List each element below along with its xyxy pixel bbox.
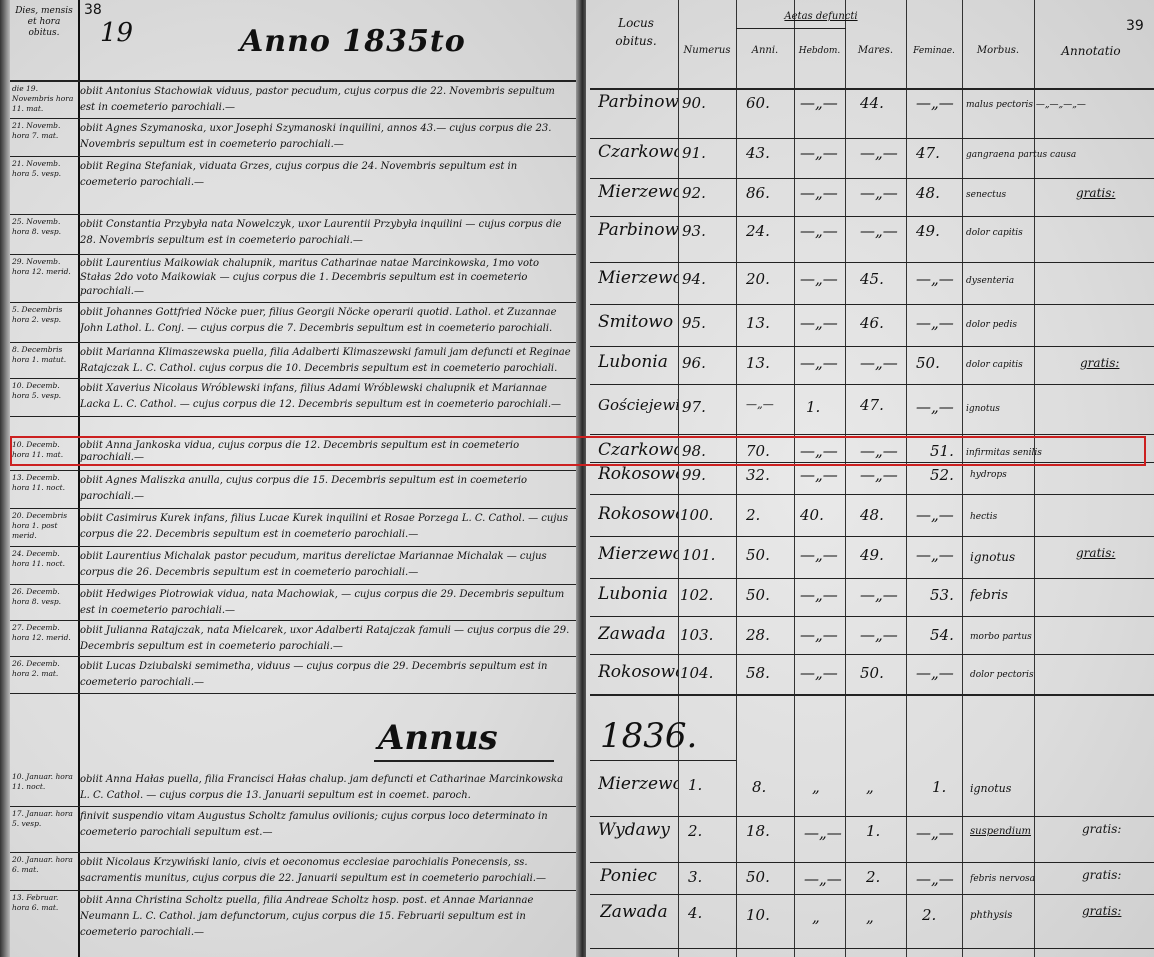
cell-anni: 10. <box>746 906 792 924</box>
cell-numerus: 93. <box>682 222 734 240</box>
header-anni: Anni. <box>736 44 794 58</box>
cell-locus: Zawada <box>600 902 678 922</box>
cell-morbus: dolor capitis <box>966 228 1152 238</box>
col-rule <box>794 0 795 957</box>
row-rule <box>10 118 582 119</box>
row-rule <box>10 508 582 509</box>
row-rule <box>10 656 582 657</box>
entry-text: obiit Julianna Ratajczak, nata Mielcarek… <box>80 623 572 655</box>
row-rule <box>590 138 1154 139</box>
cell-feminae: —„— <box>916 546 960 564</box>
row-rule <box>590 862 1154 863</box>
row-rule <box>10 584 582 585</box>
row-rule <box>590 578 1154 579</box>
row-rule <box>590 462 1154 463</box>
entry-date: 13. Februar. hora 6. mat. <box>12 893 76 913</box>
cell-feminae: —„— <box>916 398 960 416</box>
row-rule <box>590 694 1154 696</box>
cell-numerus: 103. <box>680 626 734 644</box>
cell-locus: Czarkowo <box>598 142 678 162</box>
cell-locus: Rokosowo <box>598 504 678 524</box>
entry-date: 29. Novemb. hora 12. merid. <box>12 257 76 277</box>
cell-hebdom: —„— <box>800 466 844 484</box>
cell-anni: 13. <box>746 354 792 372</box>
cell-anni: 28. <box>746 626 792 644</box>
cell-mares: —„— <box>860 586 904 604</box>
cell-feminae: —„— <box>916 506 960 524</box>
entry-text: obiit Agnes Szymanoska, uxor Josephi Szy… <box>80 121 572 153</box>
aetas-rule <box>736 28 846 29</box>
cell-numerus: 4. <box>688 904 734 922</box>
cell-locus: Smitowo <box>598 312 678 332</box>
cell-mares: —„— <box>860 222 904 240</box>
page-number-right: 39 <box>1126 18 1144 34</box>
cell-feminae: —„— <box>916 824 960 842</box>
cell-locus: Lubonia <box>598 584 678 604</box>
cell-morbus: senectus <box>966 190 1036 200</box>
cell-morbus: febris <box>970 588 1030 603</box>
cell-morbus: dolor pedis <box>966 320 1152 330</box>
cell-numerus: 3. <box>688 868 734 886</box>
row-rule <box>590 616 1154 617</box>
header-numerus: Numerus <box>679 44 735 58</box>
entry-date-highlighted: 10. Decemb. hora 11. mat. <box>12 440 76 460</box>
cell-locus: Czarkowo <box>598 440 678 460</box>
cell-numerus: 101. <box>682 546 734 564</box>
entry-text: obiit Anna Hałas puella, filia Francisci… <box>80 772 572 804</box>
cell-mares: —„— <box>860 442 904 460</box>
entry-date: 21. Novemb. hora 7. mat. <box>12 121 76 141</box>
cell-mares: 2. <box>866 868 904 886</box>
row-rule <box>590 536 1154 537</box>
cell-hebdom: —„— <box>800 546 844 564</box>
entry-date: 8. Decembris hora 1. matut. <box>12 345 76 365</box>
row-rule <box>590 216 1154 217</box>
header-hebdom: Hebdom. <box>794 44 845 58</box>
cell-hebdom: —„— <box>800 664 844 682</box>
right-page: Locus obitus. Numerus Aetas defuncti Ann… <box>586 0 1154 957</box>
page-number-left: 38 <box>84 2 102 18</box>
entry-text: obiit Laurentius Michalak pastor pecudum… <box>80 549 572 581</box>
cell-mares: 50. <box>860 664 904 682</box>
row-rule <box>10 890 582 891</box>
cell-annotatio: gratis: <box>1082 904 1148 918</box>
cell-locus: Lubonia <box>598 352 678 372</box>
row-rule <box>10 214 582 215</box>
entry-text: finivit suspendio vitam Augustus Scholtz… <box>80 809 572 841</box>
cell-hebdom: „ <box>812 778 842 796</box>
cell-feminae: —„— <box>916 870 960 888</box>
cell-numerus: 100. <box>680 506 734 524</box>
cell-numerus: 96. <box>682 354 734 372</box>
row-rule <box>10 254 582 255</box>
row-rule <box>10 806 582 807</box>
year-title: Anno 1835to <box>240 24 466 59</box>
row-rule <box>10 156 582 157</box>
cell-mares: 45. <box>860 270 904 288</box>
cell-feminae: 2. <box>922 906 960 924</box>
cell-hebdom: —„— <box>804 870 844 888</box>
cell-mares: „ <box>866 778 896 796</box>
cell-anni: 60. <box>746 94 792 112</box>
cell-anni: 18. <box>746 822 792 840</box>
col-rule <box>906 0 907 957</box>
cell-morbus: hectis <box>970 512 1150 522</box>
cell-anni: 58. <box>746 664 792 682</box>
cell-locus: Mierzewo <box>598 544 678 564</box>
cell-hebdom: —„— <box>804 824 844 842</box>
cell-morbus: ignotus <box>970 550 1030 564</box>
col-rule <box>736 0 737 957</box>
header-rule <box>10 80 582 82</box>
entry-date: 13. Decemb. hora 11. noct. <box>12 473 76 493</box>
cell-mares: —„— <box>860 354 904 372</box>
cell-feminae: 50. <box>916 354 960 372</box>
cell-anni: 20. <box>746 270 792 288</box>
cell-numerus: 99. <box>682 466 734 484</box>
row-rule <box>590 304 1154 305</box>
year-rule <box>590 760 736 761</box>
cell-hebdom: 1. <box>806 398 844 416</box>
cell-morbus: ignotus <box>970 782 1070 795</box>
entry-date: 21. Novemb. hora 5. vesp. <box>12 159 76 179</box>
cell-numerus: 98. <box>682 442 734 460</box>
cell-morbus: hydrops <box>970 470 1150 480</box>
cell-hebdom: —„— <box>800 354 844 372</box>
entry-date: 25. Novemb. hora 8. vesp. <box>12 217 76 237</box>
entry-date: die 19. Novembris hora 11. mat. <box>12 84 76 114</box>
cell-morbus: dolor pectoris <box>970 670 1070 680</box>
cell-locus: Rokosowo <box>598 464 678 484</box>
cell-mares: —„— <box>860 626 904 644</box>
entry-text: obiit Lucas Dziubalski semimetha, viduus… <box>80 659 572 691</box>
header-morbus: Morbus. <box>962 44 1034 58</box>
left-page: Dies, mensis et hora obitus. 38 19 Anno … <box>0 0 582 957</box>
cell-numerus: 90. <box>682 94 734 112</box>
cell-mares: 48. <box>860 506 904 524</box>
cell-hebdom: —„— <box>800 222 844 240</box>
section-title-annus: Annus <box>378 718 498 758</box>
entry-text: obiit Nicolaus Krzywiński lanio, civis e… <box>80 855 572 887</box>
entry-text: obiit Casimirus Kurek infans, filius Luc… <box>80 511 572 543</box>
cell-morbus: suspendium <box>970 826 1036 837</box>
entry-text: obiit Anna Christina Scholtz puella, fil… <box>80 893 572 945</box>
row-rule <box>10 416 582 417</box>
cell-anni: 32. <box>746 466 792 484</box>
row-rule <box>10 546 582 547</box>
cell-feminae: 54. <box>930 626 960 644</box>
cell-locus: Parbinowo <box>598 92 678 112</box>
entry-text: obiit Xaverius Nicolaus Wróblewski infan… <box>80 381 572 413</box>
row-rule <box>10 620 582 621</box>
cell-morbus: malus pectoris —„—„—„— <box>966 100 1152 110</box>
cell-hebdom: —„— <box>800 270 844 288</box>
row-rule <box>10 470 582 471</box>
cell-numerus: 95. <box>682 314 734 332</box>
header-rule <box>590 88 1154 90</box>
entry-date: 26. Decemb. hora 2. mat. <box>12 659 76 679</box>
cell-mares: —„— <box>860 184 904 202</box>
entry-text: obiit Hedwiges Piotrowiak vidua, nata Ma… <box>80 587 572 619</box>
cell-anni: 43. <box>746 144 792 162</box>
cell-numerus: 92. <box>682 184 734 202</box>
cell-anni: 2. <box>746 506 792 524</box>
cell-anni: 50. <box>746 868 792 886</box>
cell-hebdom: —„— <box>800 184 844 202</box>
cell-annotatio: gratis: <box>1080 356 1150 370</box>
cell-numerus: 1. <box>688 776 734 794</box>
row-rule <box>10 302 582 303</box>
cell-anni: 50. <box>746 546 792 564</box>
entry-text: obiit Johannes Gottfried Nöcke puer, fil… <box>80 305 572 341</box>
cell-anni: —„— <box>746 398 792 411</box>
cell-hebdom: 40. <box>800 506 844 524</box>
cell-locus: Poniec <box>600 866 678 886</box>
cell-annotatio: gratis: <box>1082 868 1148 882</box>
cell-numerus: 91. <box>682 144 734 162</box>
cell-anni: 86. <box>746 184 792 202</box>
cell-feminae: 48. <box>916 184 960 202</box>
cell-mares: 46. <box>860 314 904 332</box>
cell-locus: Rokosowo <box>598 662 678 682</box>
cell-hebdom: —„— <box>800 626 844 644</box>
cell-anni: 70. <box>746 442 792 460</box>
cell-locus: Mierzewo <box>598 774 678 794</box>
entry-text: obiit Antonius Stachowiak viduus, pastor… <box>80 84 572 116</box>
row-rule <box>590 434 1154 435</box>
cell-locus: Mierzewo <box>598 268 678 288</box>
cell-hebdom: —„— <box>800 94 844 112</box>
row-rule <box>590 384 1154 385</box>
cell-morbus: gangraena partus causa <box>966 150 1152 160</box>
cell-numerus: 97. <box>682 398 734 416</box>
cell-morbus: phthysis <box>970 910 1042 921</box>
col-rule <box>845 0 846 957</box>
row-rule <box>590 262 1154 263</box>
page-edge <box>0 0 10 957</box>
folio-number: 19 <box>100 18 133 48</box>
cell-morbus: ignotus <box>966 404 1152 414</box>
cell-hebdom: —„— <box>800 442 844 460</box>
row-rule <box>590 948 1154 949</box>
cell-mares: —„— <box>860 144 904 162</box>
cell-anni: 8. <box>752 778 792 796</box>
cell-feminae: 53. <box>930 586 960 604</box>
cell-feminae: —„— <box>916 270 960 288</box>
cell-anni: 13. <box>746 314 792 332</box>
entry-text: obiit Constantia Przybyła nata Nowelczyk… <box>80 217 572 249</box>
entry-text: obiit Laurentius Maikowiak chalupnik, ma… <box>80 257 572 301</box>
cell-morbus: morbo partus <box>970 632 1070 642</box>
cell-feminae: 49. <box>916 222 960 240</box>
header-mares: Mares. <box>845 44 906 58</box>
entry-date: 10. Januar. hora 11. noct. <box>12 772 76 792</box>
cell-numerus: 104. <box>680 664 734 682</box>
cell-locus: Gościejewice <box>598 396 678 414</box>
cell-hebdom: —„— <box>800 586 844 604</box>
cell-mares: 49. <box>860 546 904 564</box>
row-rule <box>590 816 1154 817</box>
year-1836-label: 1836. <box>600 716 697 756</box>
cell-hebdom: —„— <box>800 144 844 162</box>
cell-feminae: 1. <box>932 778 960 796</box>
register-spread: Dies, mensis et hora obitus. 38 19 Anno … <box>0 0 1154 957</box>
cell-feminae: 47. <box>916 144 960 162</box>
cell-locus: Mierzewo <box>598 182 678 202</box>
entry-date: 17. Januar. hora 5. vesp. <box>12 809 76 829</box>
entry-date: 26. Decemb. hora 8. vesp. <box>12 587 76 607</box>
cell-numerus: 102. <box>680 586 734 604</box>
entry-date: 27. Decemb. hora 12. merid. <box>12 623 76 643</box>
header-annotatio: Annotatio <box>1036 44 1146 58</box>
cell-locus: Wydawy <box>598 820 678 840</box>
cell-mares: —„— <box>860 466 904 484</box>
cell-mares: 1. <box>866 822 904 840</box>
cell-annotatio: gratis: <box>1076 546 1146 560</box>
entry-date: 20. Decembris hora 1. post merid. <box>12 511 76 541</box>
cell-annotatio: gratis: <box>1076 186 1146 200</box>
row-rule <box>10 693 582 694</box>
cell-feminae: —„— <box>916 314 960 332</box>
cell-feminae: —„— <box>916 94 960 112</box>
entry-text-highlighted: obiit Anna Jankoska vidua, cujus corpus … <box>80 440 572 464</box>
cell-morbus: infirmitas senilis <box>966 448 1152 458</box>
header-aetas-group: Aetas defuncti <box>736 10 906 24</box>
row-rule <box>590 178 1154 179</box>
row-rule <box>10 378 582 379</box>
cell-hebdom: —„— <box>800 314 844 332</box>
cell-feminae: 51. <box>930 442 960 460</box>
cell-annotatio: gratis: <box>1082 822 1148 836</box>
entry-date: 20. Januar. hora 6. mat. <box>12 855 76 875</box>
entry-text: obiit Marianna Klimaszewska puella, fili… <box>80 345 572 377</box>
row-rule <box>10 342 582 343</box>
entry-date: 5. Decembris hora 2. vesp. <box>12 305 76 325</box>
cell-locus: Zawada <box>598 624 678 644</box>
row-rule <box>590 346 1154 347</box>
date-column-header: Dies, mensis et hora obitus. <box>12 6 76 39</box>
cell-morbus: dolor capitis <box>966 360 1036 370</box>
cell-mares: 47. <box>860 396 904 414</box>
cell-morbus: febris nervosa <box>970 874 1042 884</box>
cell-hebdom: „ <box>812 908 842 926</box>
cell-anni: 24. <box>746 222 792 240</box>
row-rule <box>10 852 582 853</box>
cell-numerus: 2. <box>688 822 734 840</box>
header-feminae: Feminae. <box>906 44 962 58</box>
cell-morbus: dysenteria <box>966 276 1152 286</box>
cell-mares: „ <box>866 908 896 926</box>
cell-locus: Parbinowo <box>598 220 678 240</box>
row-rule <box>590 654 1154 655</box>
cell-numerus: 94. <box>682 270 734 288</box>
entry-text: obiit Agnes Maliszka anulla, cujus corpu… <box>80 473 572 505</box>
col-rule <box>962 0 963 957</box>
entry-text: obiit Regina Stefaniak, viduata Grzes, c… <box>80 159 572 191</box>
entry-date: 24. Decemb. hora 11. noct. <box>12 549 76 569</box>
col-rule <box>678 0 679 957</box>
row-rule <box>590 494 1154 495</box>
cell-feminae: —„— <box>916 664 960 682</box>
cell-feminae: 52. <box>930 466 960 484</box>
header-locus: Locus obitus. <box>596 14 676 50</box>
cell-mares: 44. <box>860 94 904 112</box>
cell-anni: 50. <box>746 586 792 604</box>
row-rule <box>590 894 1154 895</box>
annus-underline <box>374 760 554 762</box>
entry-date: 10. Decemb. hora 5. vesp. <box>12 381 76 401</box>
